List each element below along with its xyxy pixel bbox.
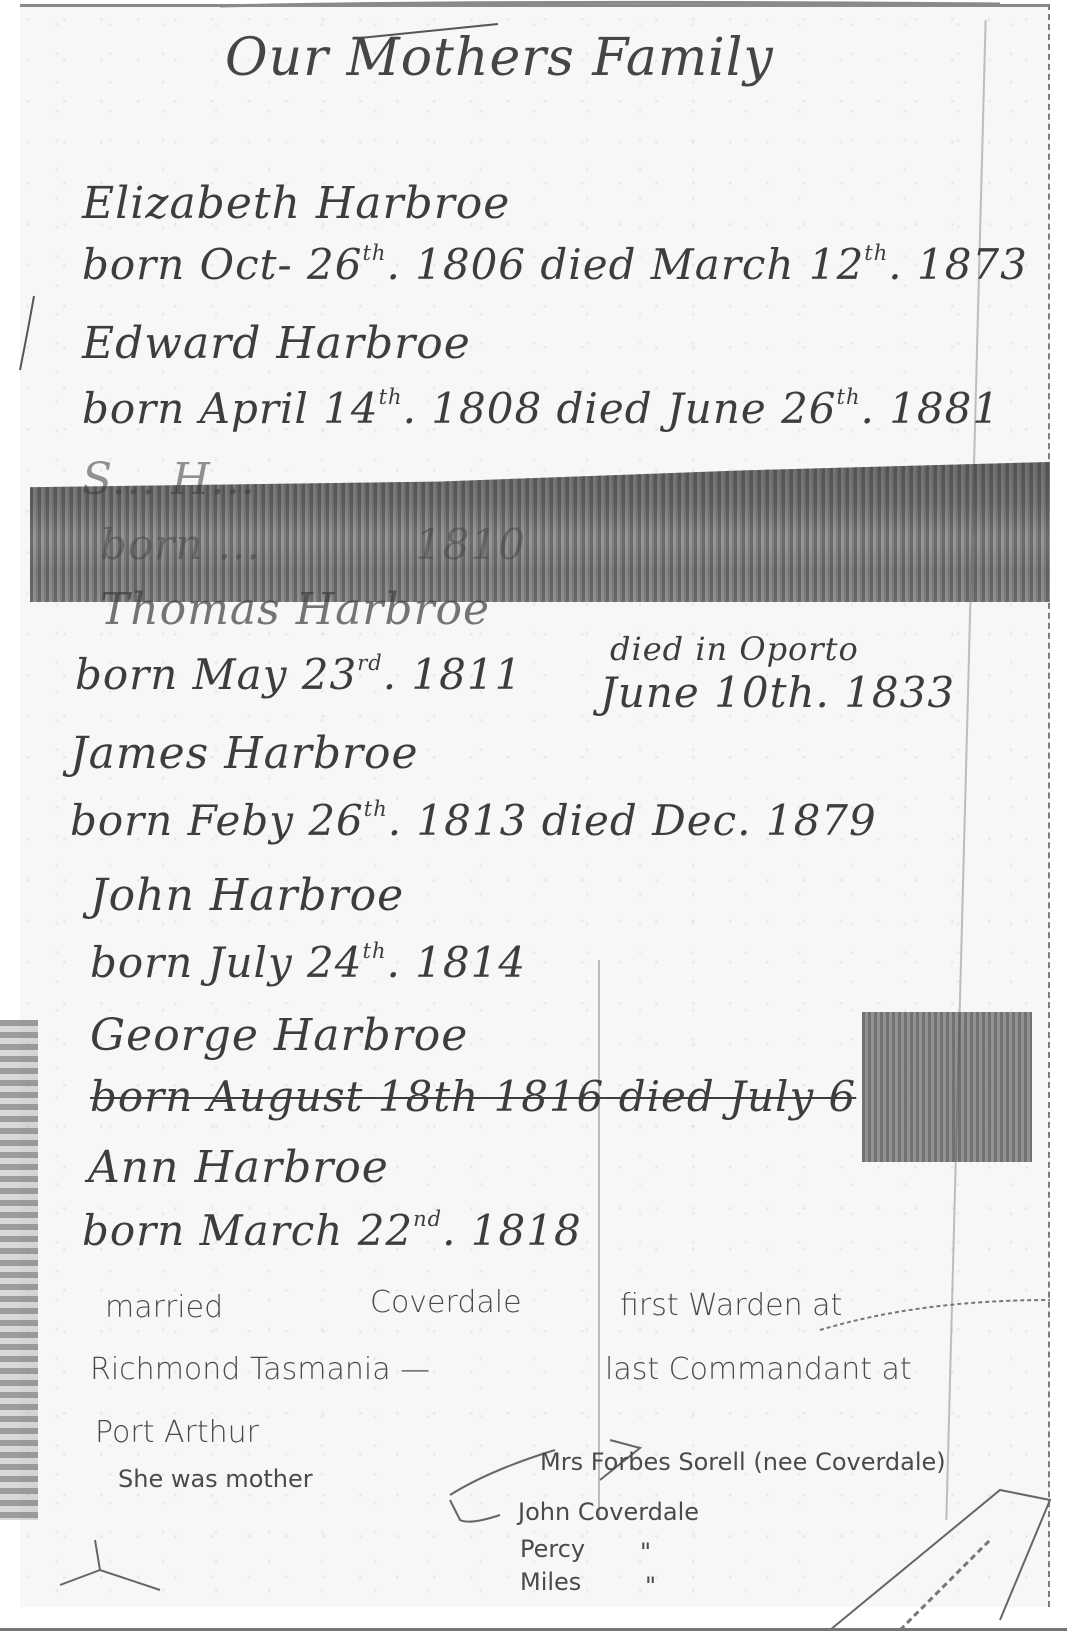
died-text: died in Oporto — [610, 630, 859, 668]
born-year: . 1808 — [403, 384, 543, 433]
note-first-warden: first Warden at — [620, 1288, 842, 1323]
entry-dates: born Feby 26th. 1813 died Dec. 1879 — [70, 796, 877, 845]
born-text: born May 23 — [75, 650, 357, 699]
entry-dates: born July 24th. 1814 — [90, 938, 526, 987]
born-text: born August — [90, 1072, 363, 1121]
born-suffix: rd — [357, 651, 382, 675]
note-last-commandant: last Commandant at — [605, 1352, 912, 1387]
entry-name: George Harbroe — [90, 1010, 468, 1061]
ditto-mark: " — [645, 1572, 656, 1600]
born-year: . 1814 — [386, 938, 526, 987]
entry-name: Elizabeth Harbroe — [82, 178, 510, 229]
page-bottom-edge — [0, 1628, 1067, 1631]
note-married: married — [105, 1290, 223, 1325]
entry-dates: born April 14th. 1808 died June 26th. 18… — [82, 384, 1000, 433]
entry-dates: born March 22nd. 1818 — [82, 1206, 582, 1255]
born-text: born Feby 26 — [70, 796, 364, 845]
born-text: born April 14 — [82, 384, 379, 433]
born-text: born July 24 — [90, 938, 363, 987]
born-year: . 1818 — [442, 1206, 582, 1255]
died-year: . 1873 — [888, 240, 1028, 289]
born-year: 1810 — [415, 520, 526, 569]
entry-name: Ann Harbroe — [88, 1142, 389, 1193]
died-year: 1879 — [766, 796, 877, 845]
died-year: . 1881 — [861, 384, 1001, 433]
died-suffix: th — [864, 241, 888, 265]
entry-name-damaged: S... H... — [82, 454, 256, 505]
born-suffix: th — [364, 797, 388, 821]
born-year: 18th 1816 — [378, 1072, 605, 1121]
entry-dates-damaged: born ... 1810 — [100, 520, 526, 569]
died-year: June 10th. 1833 — [600, 668, 955, 717]
note-coverdale: Coverdale — [370, 1285, 522, 1320]
born-year: . 1811 — [383, 650, 523, 699]
child-name: Miles — [520, 1568, 581, 1596]
born-suffix: th — [379, 385, 403, 409]
note-port-arthur: Port Arthur — [95, 1415, 259, 1450]
born-text: born ... — [100, 520, 261, 569]
note-richmond: Richmond Tasmania — — [90, 1352, 430, 1387]
born-text: born March 22 — [82, 1206, 413, 1255]
note-she-was-mother: She was mother — [118, 1465, 313, 1493]
entry-name: Edward Harbroe — [82, 318, 471, 369]
died-text: died March 12 — [540, 240, 864, 289]
entry-dates: born May 23rd. 1811 — [75, 650, 522, 699]
entry-dates: born Oct- 26th. 1806 died March 12th. 18… — [82, 240, 1028, 289]
entry-name: James Harbroe — [70, 728, 419, 779]
born-year: . 1806 — [386, 240, 526, 289]
ditto-mark: " — [640, 1538, 651, 1566]
born-suffix: th — [362, 241, 386, 265]
died-text: died July 6 — [619, 1072, 857, 1121]
child-name: John Coverdale — [518, 1498, 699, 1526]
born-suffix: nd — [413, 1207, 442, 1231]
child-name: Percy — [520, 1535, 585, 1563]
entry-dates-struck: born August 18th 1816 died July 6 — [90, 1072, 856, 1121]
child-name: Mrs Forbes Sorell (nee Coverdale) — [540, 1448, 946, 1476]
died-text: died June 26 — [557, 384, 837, 433]
died-suffix: th — [837, 385, 861, 409]
entry-name: Thomas Harbroe — [100, 584, 490, 635]
died-text: died Dec. — [542, 796, 752, 845]
born-suffix: th — [363, 939, 387, 963]
page-title: Our Mothers Family — [225, 28, 774, 88]
entry-name: John Harbroe — [90, 870, 404, 921]
born-year: . 1813 — [388, 796, 528, 845]
born-text: born Oct- 26 — [82, 240, 362, 289]
